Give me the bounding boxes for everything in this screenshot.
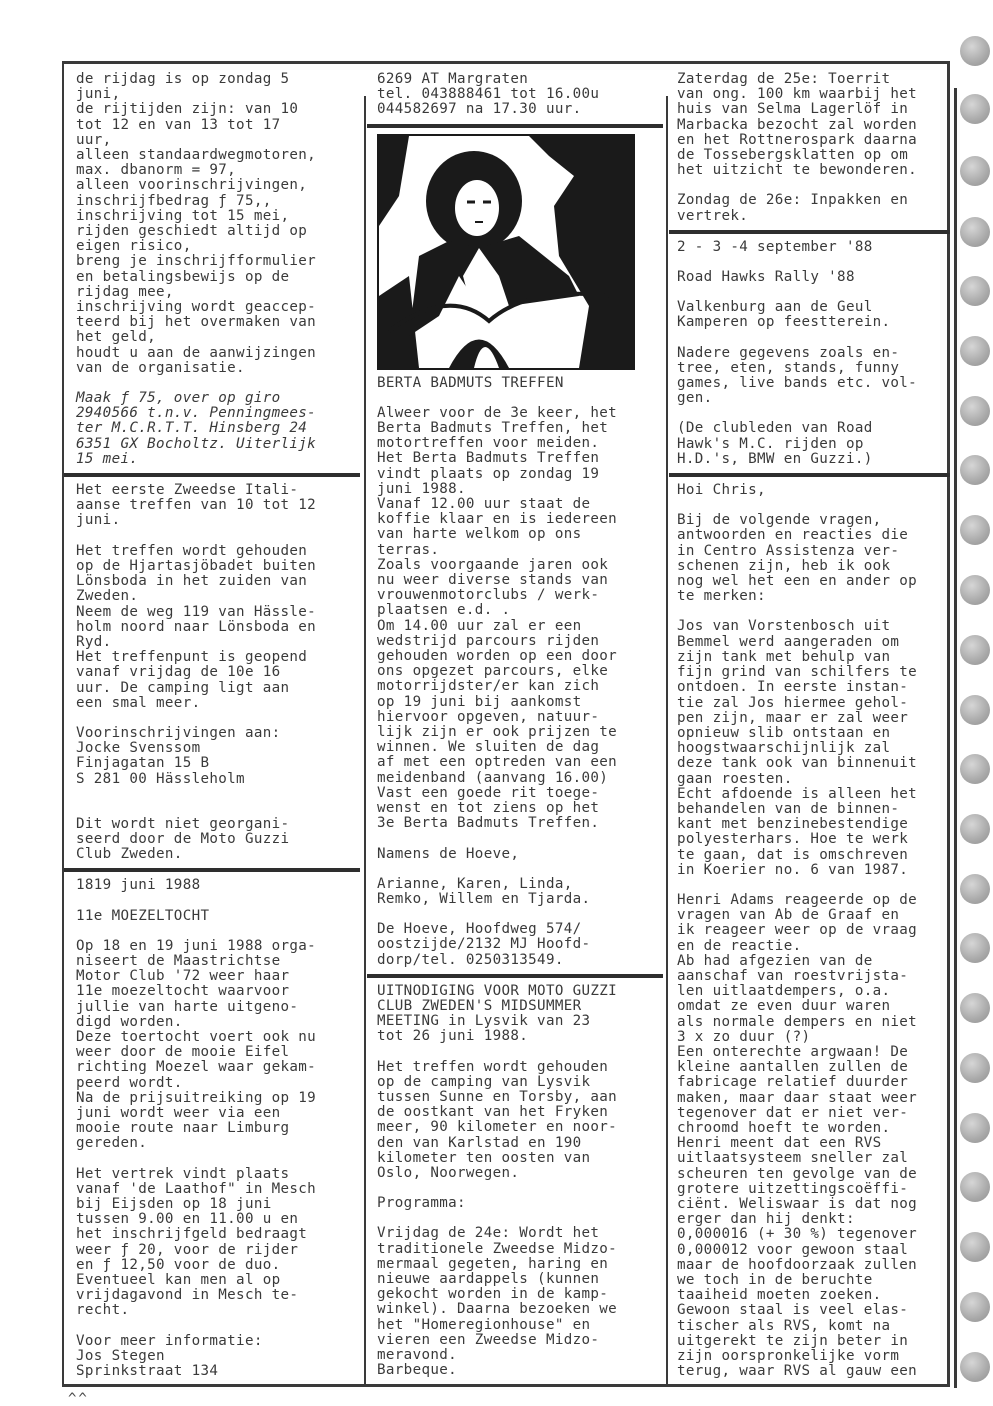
- motorcycle-woman-photo: [377, 134, 635, 370]
- section-rule: [669, 473, 950, 477]
- binder-ring-icon: [960, 396, 990, 426]
- section-rule: [367, 124, 663, 128]
- sweden-meeting-body: Het treffen wordt gehouden op de Hjartas…: [76, 544, 352, 711]
- rules-text: de rijdag is op zondag 5 juni, de rijtij…: [76, 72, 352, 376]
- binder-ring-icon: [960, 276, 990, 306]
- binder-ring-icon: [960, 1352, 990, 1382]
- binder-ring-icon: [960, 1053, 990, 1083]
- letter-jos: Jos van Vorstenbosch uit Bemmel werd aan…: [677, 619, 946, 877]
- binder-ring-icon: [960, 933, 990, 963]
- rally-details: Nadere gegevens zoals en- tree, eten, st…: [677, 346, 946, 407]
- binder-ring-icon: [960, 695, 990, 725]
- binder-ring-icon: [960, 1232, 990, 1262]
- binder-spine: [954, 88, 957, 1388]
- binder-ring-icon: [960, 575, 990, 605]
- berta-title: BERTA BADMUTS TREFFEN: [377, 376, 657, 391]
- berta-body: Alweer voor de 3e keer, het Berta Badmut…: [377, 406, 657, 832]
- section-rule: [64, 868, 360, 872]
- berta-address: De Hoeve, Hoofdweg 574/ oostzijde/2132 M…: [377, 922, 657, 968]
- binder-ring-icon: [960, 993, 990, 1023]
- binder-ring-icon: [960, 1113, 990, 1143]
- programma-saturday: Zaterdag de 25e: Toerrit van ong. 100 km…: [677, 72, 946, 178]
- programma-friday: Vrijdag de 24e: Wordt het traditionele Z…: [377, 1226, 657, 1378]
- letter-henri: Henri Adams reageerde op de vragen van A…: [677, 893, 946, 1380]
- binder-ring-icon: [960, 754, 990, 784]
- rally-location: Valkenburg aan de Geul Kamperen op feest…: [677, 300, 946, 330]
- binder-ring-icon: [960, 455, 990, 485]
- berta-names: Arianne, Karen, Linda, Remko, Willem en …: [377, 877, 657, 907]
- binder-ring-icon: [960, 36, 990, 66]
- moezel-title: 11e MOEZELTOCHT: [76, 909, 352, 924]
- section-rule: [669, 230, 950, 234]
- programma-label: Programma:: [377, 1196, 657, 1211]
- midsummer-body: Het treffen wordt gehouden op de camping…: [377, 1060, 657, 1182]
- rally-date: 2 - 3 -4 september '88: [677, 240, 946, 255]
- middle-column: 6269 AT Margraten tel. 043888461 tot 16.…: [367, 64, 665, 1384]
- column-divider: [666, 96, 668, 1384]
- berta-signoff: Namens de Hoeve,: [377, 847, 657, 862]
- section-rule: [64, 473, 360, 477]
- left-column: de rijdag is op zondag 5 juni, de rijtij…: [64, 64, 360, 1384]
- binder-ring-icon: [960, 156, 990, 186]
- rally-title: Road Hawks Rally '88: [677, 270, 946, 285]
- binder-ring-icon: [960, 1172, 990, 1202]
- letter-greeting: Hoi Chris,: [677, 483, 946, 498]
- magazine-page: de rijdag is op zondag 5 juni, de rijtij…: [62, 61, 950, 1387]
- sweden-meeting-contact: Voorinschrijvingen aan: Jocke Svenssom F…: [76, 726, 352, 787]
- right-column: Zaterdag de 25e: Toerrit van ong. 100 km…: [669, 64, 950, 1384]
- column-divider: [364, 96, 366, 1384]
- rally-note: (De clubleden van Road Hawk's M.C. rijde…: [677, 421, 946, 467]
- binder-ring-icon: [960, 94, 990, 124]
- moezel-date: 1819 juni 1988: [76, 878, 352, 893]
- sweden-meeting-title: Het eerste Zweedse Itali- aanse treffen …: [76, 483, 352, 529]
- midsummer-title: UITNODIGING VOOR MOTO GUZZI CLUB ZWEDEN'…: [377, 984, 657, 1045]
- binder-ring-icon: [960, 874, 990, 904]
- moezel-info: Voor meer informatie: Jos Stegen Sprinks…: [76, 1334, 352, 1380]
- letter-intro: Bij de volgende vragen, antwoorden en re…: [677, 513, 946, 604]
- binder-ring-icon: [960, 336, 990, 366]
- binder-ring-icon: [960, 635, 990, 665]
- moezel-departure: Het vertrek vindt plaats vanaf 'de Laath…: [76, 1167, 352, 1319]
- contact-address: 6269 AT Margraten tel. 043888461 tot 16.…: [377, 72, 657, 118]
- binder-ring-icon: [960, 814, 990, 844]
- page-number: ^^: [68, 1391, 89, 1406]
- binder-ring-icon: [960, 515, 990, 545]
- section-rule: [367, 974, 663, 978]
- sweden-meeting-note: Dit wordt niet georgani- seerd door de M…: [76, 817, 352, 863]
- payment-text: Maak ƒ 75, over op giro 2940566 t.n.v. P…: [76, 391, 352, 467]
- programma-sunday: Zondag de 26e: Inpakken en vertrek.: [677, 193, 946, 223]
- binder-ring-icon: [960, 217, 990, 247]
- moezel-body: Op 18 en 19 juni 1988 orga- niseert de M…: [76, 939, 352, 1152]
- binder-ring-icon: [960, 1292, 990, 1322]
